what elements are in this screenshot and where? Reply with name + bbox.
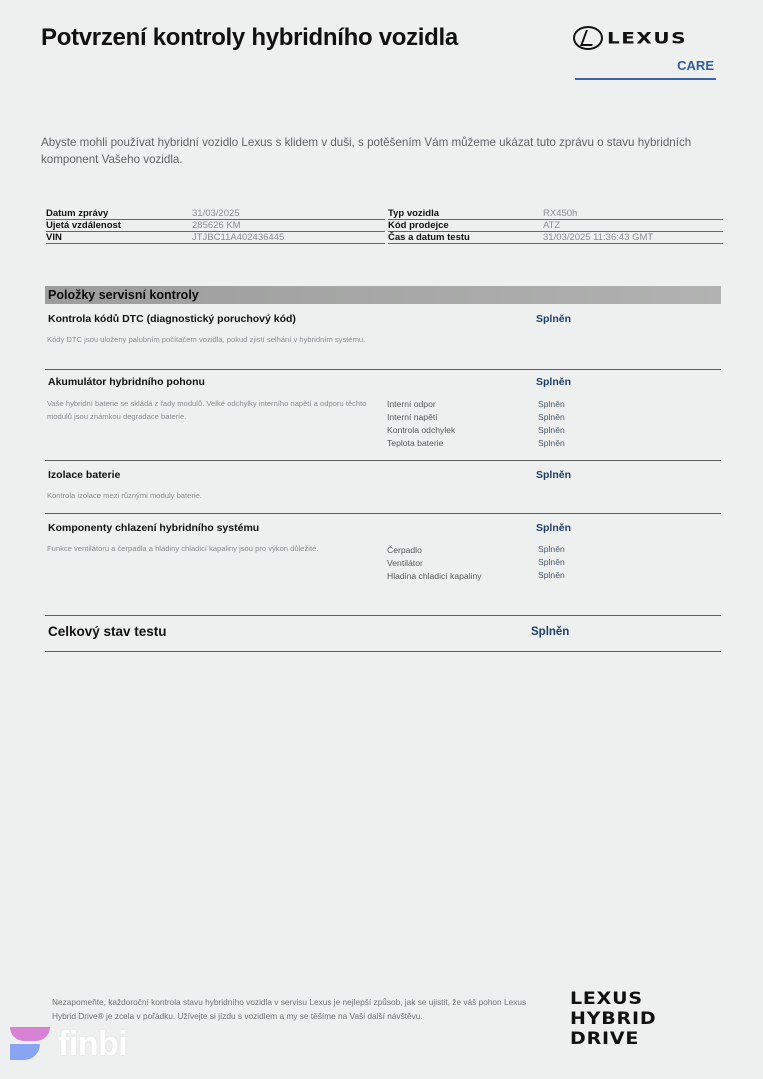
subcheck-status: Splněn: [538, 424, 565, 437]
subcheck-label: Teplota baterie: [387, 437, 455, 450]
lexus-hybrid-drive-logo: LEXUS HYBRID DRIVE: [570, 990, 656, 1050]
finbi-wordmark: finbi: [58, 1025, 127, 1064]
logo-line: LEXUS: [570, 990, 656, 1008]
divider: [45, 460, 721, 461]
divider: [45, 369, 721, 370]
check-item-battery-insulation: Izolace baterie Splněn Kontrola izolace …: [47, 469, 720, 513]
lexus-wordmark: LEXUS: [607, 28, 687, 47]
info-label: Typ vozidla: [388, 208, 543, 219]
info-row-mileage: Ujetá vzdálenost 285626 KM: [46, 220, 385, 232]
check-description: Kontrola izolace mezi různými moduly bat…: [47, 489, 382, 502]
overall-status: Splněn: [531, 626, 569, 638]
divider: [45, 651, 721, 652]
overall-label: Celkový stav testu: [48, 624, 167, 639]
info-label: Čas a datum testu: [388, 232, 543, 243]
check-name: Komponenty chlazení hybridního systému: [48, 522, 259, 534]
info-label: VIN: [46, 232, 192, 243]
subcheck-statuses: Splněn Splněn Splněn Splněn: [538, 398, 565, 450]
info-label: Ujetá vzdálenost: [46, 220, 192, 231]
check-status: Splněn: [536, 469, 571, 481]
subcheck-status: Splněn: [538, 398, 565, 411]
brand-underline: [575, 78, 716, 80]
subcheck-label: Čerpadlo: [387, 544, 482, 557]
logo-line: HYBRID: [570, 1010, 656, 1028]
info-row-report-date: Datum zprávy 31/03/2025: [46, 208, 385, 220]
info-row-vehicle-type: Typ vozidla RX450h: [388, 208, 723, 220]
check-status: Splněn: [536, 376, 571, 388]
lexus-emblem-icon: [573, 26, 603, 50]
info-row-dealer-code: Kód prodejce ATZ: [388, 220, 723, 232]
info-value: ATZ: [543, 220, 560, 231]
subcheck-status: Splněn: [538, 543, 565, 556]
subcheck-labels: Čerpadlo Ventilátor Hladina chladicí kap…: [387, 544, 482, 583]
subcheck-status: Splněn: [538, 437, 565, 450]
intro-text: Abyste mohli používat hybridní vozidlo L…: [41, 134, 711, 168]
check-name: Kontrola kódů DTC (diagnostický poruchov…: [48, 313, 296, 325]
footer-text: Nezapomeňte, každoroční kontrola stavu h…: [52, 995, 542, 1023]
hybrid-check-report: Potvrzení kontroly hybridního vozidla LE…: [0, 0, 763, 1079]
section-header: Položky servisní kontroly: [45, 286, 721, 304]
info-value: 31/03/2025: [192, 208, 240, 219]
info-row-vin: VIN JTJBC11A402436445: [46, 232, 385, 244]
subcheck-label: Ventilátor: [387, 557, 482, 570]
info-value: RX450h: [543, 208, 577, 219]
finbi-watermark: finbi: [10, 1025, 127, 1064]
vehicle-info-left: Datum zprávy 31/03/2025 Ujetá vzdálenost…: [46, 208, 385, 244]
subcheck-statuses: Splněn Splněn Splněn: [538, 543, 565, 582]
finbi-logo-icon: [10, 1027, 52, 1063]
subcheck-label: Interní odpor: [387, 398, 455, 411]
subcheck-status: Splněn: [538, 556, 565, 569]
check-item-cooling: Komponenty chlazení hybridního systému S…: [47, 522, 720, 592]
overall-result: Celkový stav testu Splněn: [47, 624, 720, 650]
check-item-hybrid-battery: Akumulátor hybridního pohonu Splněn Vaše…: [47, 376, 720, 460]
check-description: Funkce ventilátoru a čerpadla a hladiny …: [47, 542, 387, 555]
lexus-care-logo: LEXUS CARE: [573, 26, 716, 82]
subcheck-label: Kontrola odchylek: [387, 424, 455, 437]
check-status: Splněn: [536, 522, 571, 534]
subcheck-label: Interní napětí: [387, 411, 455, 424]
subcheck-status: Splněn: [538, 411, 565, 424]
info-value: JTJBC11A402436445: [192, 232, 284, 243]
check-name: Izolace baterie: [48, 469, 120, 481]
divider: [45, 513, 721, 514]
check-description: Vaše hybridní baterie se skládá z řady m…: [47, 397, 382, 423]
check-name: Akumulátor hybridního pohonu: [48, 376, 205, 388]
info-value: 285626 KM: [192, 220, 241, 231]
page-title: Potvrzení kontroly hybridního vozidla: [41, 24, 458, 52]
subcheck-label: Hladina chladicí kapaliny: [387, 570, 482, 583]
check-description: Kódy DTC jsou uloženy palubním počítačem…: [47, 333, 392, 346]
info-label: Datum zprávy: [46, 208, 192, 219]
vehicle-info-right: Typ vozidla RX450h Kód prodejce ATZ Čas …: [388, 208, 723, 244]
subcheck-labels: Interní odpor Interní napětí Kontrola od…: [387, 398, 455, 450]
subcheck-status: Splněn: [538, 569, 565, 582]
logo-line: DRIVE: [570, 1030, 656, 1048]
care-label: CARE: [677, 58, 714, 73]
info-value: 31/03/2025 11:36:43 GMT: [543, 232, 653, 243]
check-status: Splněn: [536, 313, 571, 325]
info-row-test-time: Čas a datum testu 31/03/2025 11:36:43 GM…: [388, 232, 723, 244]
divider: [45, 615, 721, 616]
info-label: Kód prodejce: [388, 220, 543, 231]
check-item-dtc: Kontrola kódů DTC (diagnostický poruchov…: [47, 313, 720, 369]
lexus-logo: LEXUS: [573, 26, 716, 50]
